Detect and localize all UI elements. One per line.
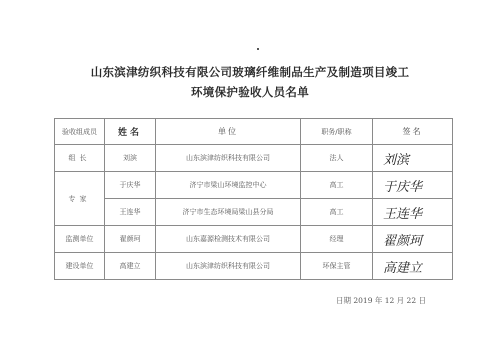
header-role: 验收组成员	[55, 119, 105, 145]
scan-mark	[257, 48, 259, 50]
document-title-line2: 环境保护验收人员名单	[0, 84, 500, 100]
unit-cell: 山东滨津纺织科技有限公司	[156, 145, 301, 172]
name-cell: 于庆华	[105, 172, 156, 199]
name-cell: 王连华	[105, 199, 156, 226]
table-row: 专家 于庆华 济宁市梁山环境监控中心 高工 于庆华	[55, 172, 453, 199]
role-cell: 监测单位	[55, 226, 105, 253]
position-cell: 高工	[301, 172, 373, 199]
document-title-line1: 山东滨津纺织科技有限公司玻璃纤维制品生产及制造项目竣工	[0, 64, 500, 80]
header-name: 姓名	[105, 119, 156, 145]
acceptance-personnel-table: 验收组成员 姓名 单位 职务/职称 签名 组长 刘滨 山东滨津纺织科技有限公司 …	[54, 118, 453, 280]
position-cell: 法人	[301, 145, 373, 172]
unit-cell: 山东滨津纺织科技有限公司	[156, 253, 301, 280]
table-row: 建设单位 高建立 山东滨津纺织科技有限公司 环保主管 高建立	[55, 253, 453, 280]
table-header-row: 验收组成员 姓名 单位 职务/职称 签名	[55, 119, 453, 145]
unit-cell: 山东嘉源检测技术有限公司	[156, 226, 301, 253]
name-cell: 刘滨	[105, 145, 156, 172]
table-row: 组长 刘滨 山东滨津纺织科技有限公司 法人 刘滨	[55, 145, 453, 172]
position-cell: 环保主管	[301, 253, 373, 280]
table-row: 王连华 济宁市生态环境局梁山县分局 高工 王连华	[55, 199, 453, 226]
position-cell: 高工	[301, 199, 373, 226]
header-unit: 单位	[156, 119, 301, 145]
position-cell: 经理	[301, 226, 373, 253]
signature-cell: 刘滨	[373, 145, 453, 172]
name-cell: 高建立	[105, 253, 156, 280]
role-cell: 建设单位	[55, 253, 105, 280]
unit-cell: 济宁市生态环境局梁山县分局	[156, 199, 301, 226]
signature-cell: 高建立	[373, 253, 453, 280]
signature-cell: 于庆华	[373, 172, 453, 199]
signature-cell: 王连华	[373, 199, 453, 226]
header-position: 职务/职称	[301, 119, 373, 145]
document-date: 日期 2019 年 12 月 22 日	[336, 295, 426, 306]
header-signature: 签名	[373, 119, 453, 145]
name-cell: 翟颜珂	[105, 226, 156, 253]
unit-cell: 济宁市梁山环境监控中心	[156, 172, 301, 199]
role-cell: 组长	[55, 145, 105, 172]
table-row: 监测单位 翟颜珂 山东嘉源检测技术有限公司 经理 翟颜珂	[55, 226, 453, 253]
signature-cell: 翟颜珂	[373, 226, 453, 253]
role-cell: 专家	[55, 172, 105, 226]
